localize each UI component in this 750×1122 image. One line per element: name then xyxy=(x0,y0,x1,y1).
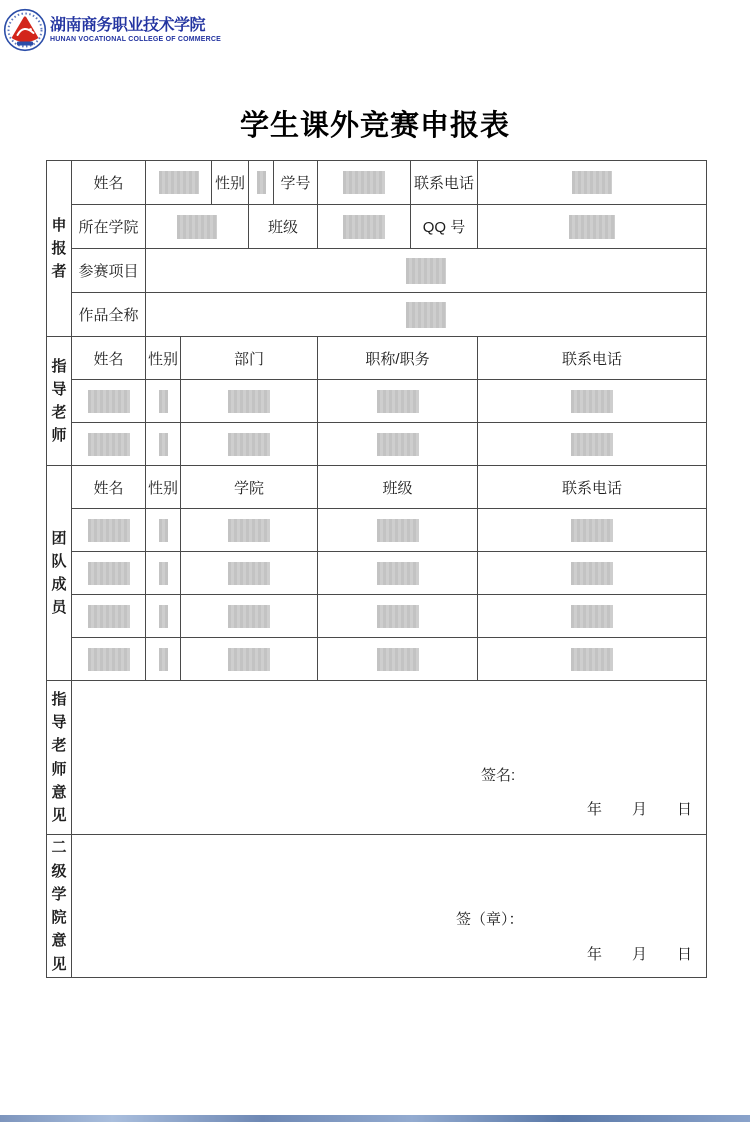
redacted-member-class xyxy=(377,605,419,628)
redacted-member-gender xyxy=(159,605,168,628)
team-header-gender: 性别 xyxy=(146,466,181,509)
redacted-phone xyxy=(572,171,612,194)
phone-value xyxy=(478,161,707,205)
redacted-advisor-title xyxy=(377,433,419,456)
school-name-cn: 湖南商务职业技术学院 xyxy=(50,17,221,35)
team-header-name: 姓名 xyxy=(72,466,146,509)
team-header-college: 学院 xyxy=(181,466,318,509)
redacted-member-phone xyxy=(571,648,613,671)
redacted-work-title xyxy=(406,302,446,328)
advisor-header-department: 部门 xyxy=(181,337,318,380)
date-line: 年 月 日 xyxy=(587,798,692,819)
advisors-section: 指导老师 姓名 性别 部门 职称/职务 联系电话 xyxy=(46,336,707,466)
redacted-member-class xyxy=(377,648,419,671)
project-label: 参赛项目 xyxy=(72,249,146,293)
gender-value xyxy=(249,161,274,205)
gender-label: 性别 xyxy=(212,161,249,205)
redacted-advisor-phone xyxy=(571,433,613,456)
qq-value xyxy=(478,205,707,249)
team-member-row xyxy=(47,552,707,595)
work-title-label: 作品全称 xyxy=(72,293,146,337)
student-id-value xyxy=(318,161,411,205)
advisor-opinion-section: 指导老师意见 签名: 年 月 日 xyxy=(46,680,707,835)
day-label: 日 xyxy=(677,798,692,819)
school-name-en: HUNAN VOCATIONAL COLLEGE OF COMMERCE xyxy=(50,35,221,44)
redacted-member-name xyxy=(88,562,130,585)
redacted-member-college xyxy=(228,605,270,628)
redacted-member-class xyxy=(377,519,419,542)
team-member-row xyxy=(47,638,707,681)
advisor-header-name: 姓名 xyxy=(72,337,146,380)
college-label: 所在学院 xyxy=(72,205,146,249)
school-logo: 湖南商务职业技术学院 HUNAN VOCATIONAL COLLEGE OF C… xyxy=(3,8,221,52)
redacted-member-college xyxy=(228,519,270,542)
redacted-gender xyxy=(257,171,266,194)
class-value xyxy=(318,205,411,249)
redacted-project xyxy=(406,258,446,284)
application-form-table: 申报者 姓名 性别 学号 联系电话 所在学院 班级 QQ 号 参赛项目 xyxy=(46,160,706,978)
work-title-value xyxy=(146,293,707,337)
redacted-member-gender xyxy=(159,562,168,585)
college-opinion-section: 二级学院意见 签（章）： 年 月 日 xyxy=(46,834,707,978)
redacted-member-phone xyxy=(571,562,613,585)
college-value xyxy=(146,205,249,249)
redacted-qq xyxy=(569,215,615,239)
student-id-label: 学号 xyxy=(274,161,318,205)
redacted-name xyxy=(159,171,199,194)
date-line: 年 月 日 xyxy=(587,943,692,964)
team-section: 团队成员 姓名 性别 学院 班级 联系电话 xyxy=(46,465,707,681)
redacted-class xyxy=(343,215,385,239)
redacted-college xyxy=(177,215,217,239)
year-label: 年 xyxy=(587,798,602,819)
college-opinion-label: 二级学院意见 xyxy=(47,835,72,978)
qq-label: QQ 号 xyxy=(411,205,478,249)
redacted-advisor-name xyxy=(88,390,130,413)
redacted-member-class xyxy=(377,562,419,585)
month-label: 月 xyxy=(632,943,647,964)
page-title: 学生课外竞赛申报表 xyxy=(0,103,750,144)
signature-label: 签名: xyxy=(481,764,515,785)
advisor-row xyxy=(47,423,707,466)
year-label: 年 xyxy=(587,943,602,964)
redacted-advisor-department xyxy=(228,390,270,413)
redacted-member-gender xyxy=(159,648,168,671)
redacted-member-phone xyxy=(571,605,613,628)
project-value xyxy=(146,249,707,293)
day-label: 日 xyxy=(677,943,692,964)
redacted-member-phone xyxy=(571,519,613,542)
college-opinion-area: 签（章）： 年 月 日 xyxy=(72,835,707,978)
name-label: 姓名 xyxy=(72,161,146,205)
advisor-row xyxy=(47,380,707,423)
team-section-label: 团队成员 xyxy=(47,466,72,681)
redacted-advisor-name xyxy=(88,433,130,456)
redacted-advisor-title xyxy=(377,390,419,413)
redacted-member-gender xyxy=(159,519,168,542)
advisor-opinion-label: 指导老师意见 xyxy=(47,681,72,835)
applicant-section: 申报者 姓名 性别 学号 联系电话 所在学院 班级 QQ 号 参赛项目 xyxy=(46,160,707,337)
name-value xyxy=(146,161,212,205)
advisor-opinion-area: 签名: 年 月 日 xyxy=(72,681,707,835)
redacted-member-college xyxy=(228,562,270,585)
redacted-member-college xyxy=(228,648,270,671)
advisors-section-label: 指导老师 xyxy=(47,337,72,466)
advisor-header-title: 职称/职务 xyxy=(318,337,478,380)
seal-signature-label: 签（章）： xyxy=(456,908,524,929)
redacted-student-id xyxy=(343,171,385,194)
redacted-advisor-department xyxy=(228,433,270,456)
advisor-header-gender: 性别 xyxy=(146,337,181,380)
class-label: 班级 xyxy=(249,205,318,249)
phone-label: 联系电话 xyxy=(411,161,478,205)
redacted-advisor-phone xyxy=(571,390,613,413)
application-form-page: 湖南商务职业技术学院 HUNAN VOCATIONAL COLLEGE OF C… xyxy=(0,0,750,1122)
advisor-header-phone: 联系电话 xyxy=(478,337,707,380)
team-member-row xyxy=(47,595,707,638)
redacted-member-name xyxy=(88,648,130,671)
team-member-row xyxy=(47,509,707,552)
team-header-phone: 联系电话 xyxy=(478,466,707,509)
school-emblem-icon xyxy=(3,8,47,52)
redacted-advisor-gender xyxy=(159,433,168,456)
month-label: 月 xyxy=(632,798,647,819)
redacted-member-name xyxy=(88,519,130,542)
redacted-member-name xyxy=(88,605,130,628)
redacted-advisor-gender xyxy=(159,390,168,413)
applicant-section-label: 申报者 xyxy=(47,161,72,337)
footer-decoration-bar xyxy=(0,1115,750,1122)
team-header-class: 班级 xyxy=(318,466,478,509)
